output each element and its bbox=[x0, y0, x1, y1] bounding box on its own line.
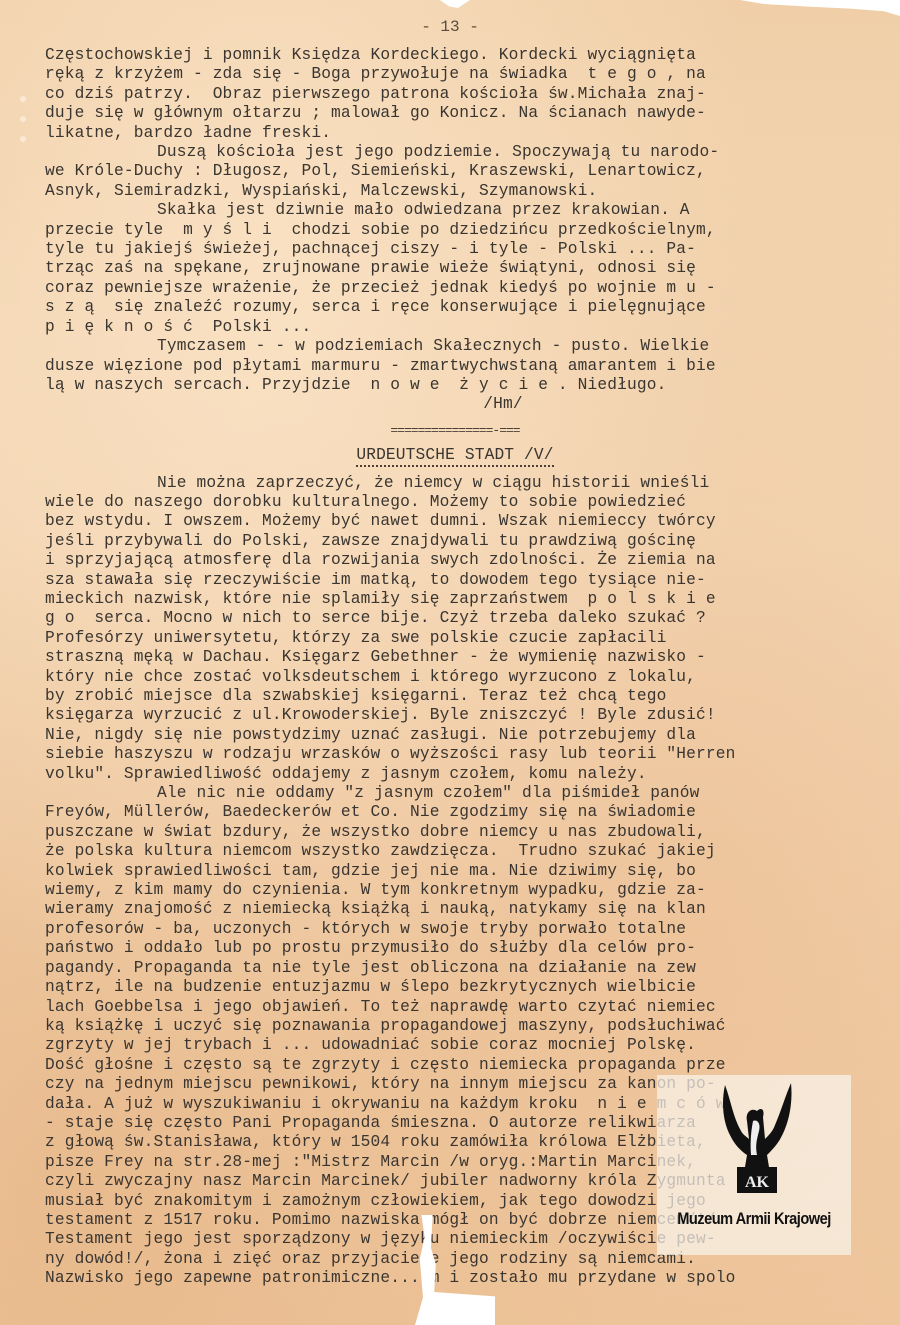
text-line: i sprzyjającą atmosferę dla rozwijania s… bbox=[45, 551, 865, 570]
text-line: we Króle-Duchy : Długosz, Pol, Siemieńsk… bbox=[45, 162, 865, 181]
text-line: Skałka jest dziwnie mało odwiedzana prze… bbox=[45, 201, 865, 220]
text-line: państwo i oddało lub po prostu przymusił… bbox=[45, 939, 865, 958]
article2-title-text: URDEUTSCHE STADT /V/ bbox=[356, 446, 553, 467]
text-line: p i ę k n o ś ć Polski ... bbox=[45, 318, 865, 337]
text-line: nątrz, ile na budzenie entuzjazmu w ślep… bbox=[45, 978, 865, 997]
text-line: Nie można zaprzeczyć, że niemcy w ciągu … bbox=[45, 474, 865, 493]
text-line: dusze więzione pod płytami marmuru - zma… bbox=[45, 357, 865, 376]
text-line: mieckich nazwisk, które nie splamiły się… bbox=[45, 590, 865, 609]
article1-paragraph-4: Tymczasem - - w podziemiach Skałecznych … bbox=[45, 337, 865, 395]
text-line: g o serca. Mocno w nich to serce bije. C… bbox=[45, 609, 865, 628]
text-line: Tymczasem - - w podziemiach Skałecznych … bbox=[45, 337, 865, 356]
eagle-emblem-icon: AK bbox=[717, 1081, 797, 1196]
text-line: ręką z krzyżem - zda się - Boga przywołu… bbox=[45, 65, 865, 84]
text-line: jeśli przybywali do Polski, zawsze znajd… bbox=[45, 532, 865, 551]
text-line: który nie chce zostać volksdeutschem i k… bbox=[45, 668, 865, 687]
page-number: - 13 - bbox=[0, 18, 900, 36]
text-line: kolwiek sprawiedliwości tam, gdzie jej n… bbox=[45, 862, 865, 881]
text-line: księgarza wyrzucić z ul.Krowoderskiej. B… bbox=[45, 706, 865, 725]
text-line: że polska kultura niemcom wszystko zawdz… bbox=[45, 842, 865, 861]
text-line: zgrzyty w jej trybach i ... udowadniać s… bbox=[45, 1036, 865, 1055]
svg-text:AK: AK bbox=[745, 1174, 770, 1191]
text-line: lą w naszych sercach. Przyjdzie n o w e … bbox=[45, 376, 865, 395]
text-line: Asnyk, Siemiradzki, Wyspiański, Malczews… bbox=[45, 182, 865, 201]
section-divider: ===============-=== bbox=[45, 421, 865, 440]
text-line: coraz pewniejsze wrażenie, że przecież j… bbox=[45, 279, 865, 298]
text-line: Ale nic nie oddamy "z jasnym czołem" dla… bbox=[45, 784, 865, 803]
text-line: by zrobić miejsce dla szwabskiej księgar… bbox=[45, 687, 865, 706]
text-line: Duszą kościoła jest jego podziemie. Spoc… bbox=[45, 143, 865, 162]
text-line: siebie haszyszu w rodzaju wrzasków o wyż… bbox=[45, 745, 865, 764]
text-line: lach Goebbelsa i jego objawień. To też n… bbox=[45, 998, 865, 1017]
text-line: Nazwisko jego zapewne patronimiczne... m… bbox=[45, 1269, 865, 1288]
document-page: - 13 - Częstochowskiej i pomnik Księdza … bbox=[0, 0, 900, 1325]
article1-paragraph-3: Skałka jest dziwnie mało odwiedzana prze… bbox=[45, 201, 865, 337]
museum-watermark: AK Muzeum Armii Krajowej bbox=[657, 1075, 851, 1255]
text-line: ką książkę i uczyć się poznawania propag… bbox=[45, 1017, 865, 1036]
binding-holes bbox=[20, 96, 28, 146]
text-line: co dziś patrzy. Obraz pierwszego patrona… bbox=[45, 85, 865, 104]
text-line: Profesórzy uniwersytetu, którzy za swe p… bbox=[45, 629, 865, 648]
text-line: wiemy, z kim mamy do czynienia. W tym ko… bbox=[45, 881, 865, 900]
text-line: sza stawała się rzeczywiście im matką, t… bbox=[45, 571, 865, 590]
text-line: likatne, bardzo ładne freski. bbox=[45, 124, 865, 143]
article2-title: URDEUTSCHE STADT /V/ bbox=[45, 446, 865, 465]
text-line: volku". Sprawiedliwość oddajemy z jasnym… bbox=[45, 765, 865, 784]
text-line: przecie tyle m y ś l i chodzi sobie po d… bbox=[45, 221, 865, 240]
text-line: straszną męką w Dachau. Księgarz Gebethn… bbox=[45, 648, 865, 667]
text-line: wieramy znajomość z niemiecką książką i … bbox=[45, 900, 865, 919]
text-line: Nie, nigdy się nie powstydzimy uznać zas… bbox=[45, 726, 865, 745]
text-line: wiele do naszego dorobku kulturalnego. M… bbox=[45, 493, 865, 512]
museum-name: Muzeum Armii Krajowej bbox=[671, 1209, 838, 1229]
text-line: s z ą się znaleźć rozumy, serca i ręce k… bbox=[45, 298, 865, 317]
torn-edge-top bbox=[740, 0, 900, 16]
text-line: profesorów - ba, uczonych - których w sw… bbox=[45, 920, 865, 939]
article1-paragraph-2: Duszą kościoła jest jego podziemie. Spoc… bbox=[45, 143, 865, 201]
article2-paragraph-1: Nie można zaprzeczyć, że niemcy w ciągu … bbox=[45, 474, 865, 785]
text-line: Częstochowskiej i pomnik Księdza Kordeck… bbox=[45, 46, 865, 65]
text-line: duje się w głównym ołtarzu ; malował go … bbox=[45, 104, 865, 123]
text-line: puszczane w świat bzdury, że wszystko do… bbox=[45, 823, 865, 842]
torn-edge-top-small bbox=[440, 0, 470, 8]
text-line: Dość głośne i często są te zgrzyty i czę… bbox=[45, 1056, 865, 1075]
article1-opening: Częstochowskiej i pomnik Księdza Kordeck… bbox=[45, 46, 865, 143]
text-line: pagandy. Propaganda ta nie tyle jest obl… bbox=[45, 959, 865, 978]
text-line: tyle tu jakiejś świeżej, pachnącej ciszy… bbox=[45, 240, 865, 259]
text-line: Freyów, Müllerów, Baedeckerów et Co. Nie… bbox=[45, 803, 865, 822]
signature: /Hm/ bbox=[45, 395, 865, 414]
text-line: bez wstydu. I owszem. Możemy być nawet d… bbox=[45, 512, 865, 531]
text-line: trząc zaś na spękane, zrujnowane prawie … bbox=[45, 259, 865, 278]
